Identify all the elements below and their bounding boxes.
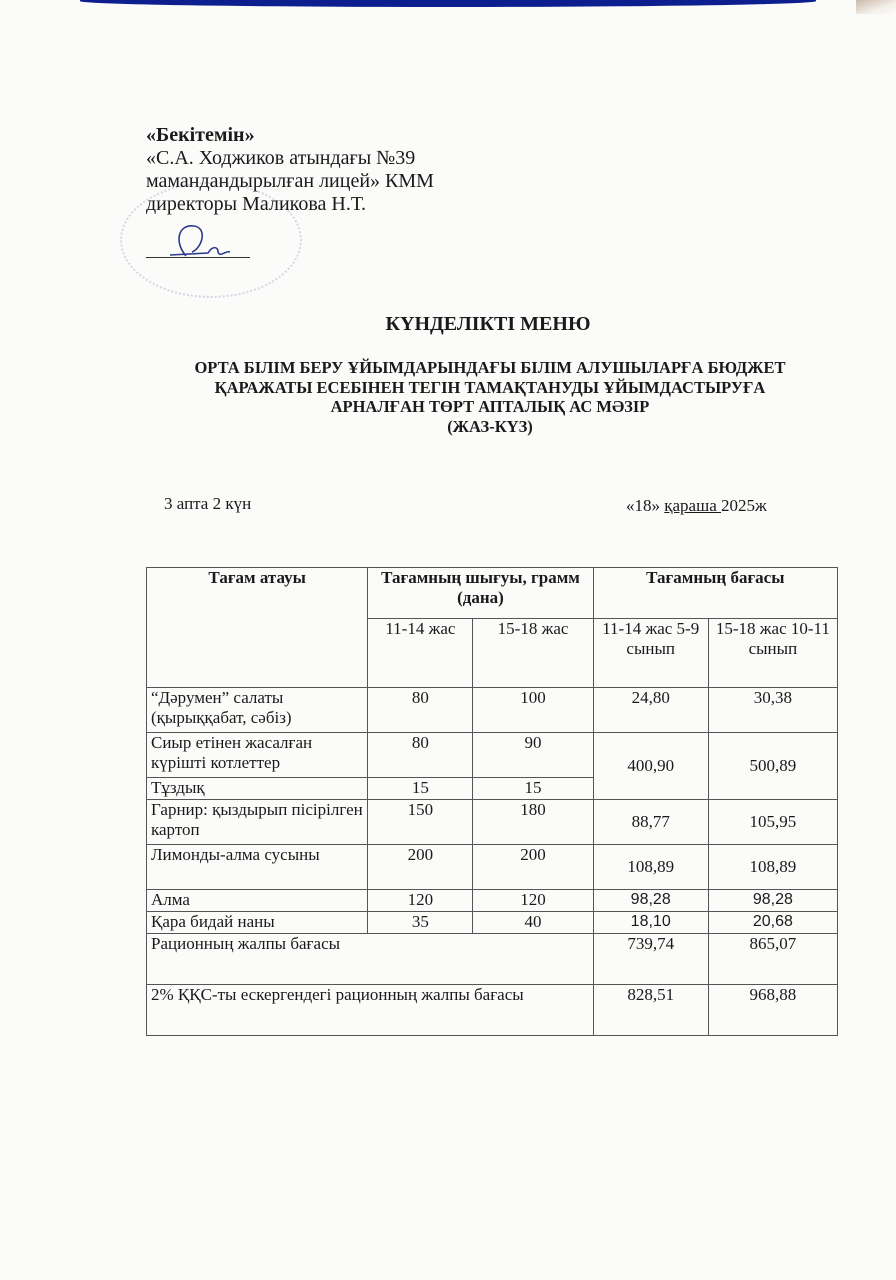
subheader-yield-15-18: 15-18 жас [473, 619, 593, 688]
binder-edge [80, 0, 816, 7]
yield-11-14: 120 [368, 890, 473, 912]
subheader-yield-11-14: 11-14 жас [368, 619, 473, 688]
approval-heading: «Бекітемін» [146, 124, 434, 147]
table-row: Сиыр етінен жасалған күрішті котлеттер 8… [147, 733, 838, 778]
document-subtitle: ОРТА БІЛІМ БЕРУ ҰЙЫМДАРЫНДАҒЫ БІЛІМ АЛУШ… [160, 358, 820, 436]
table-row: Қара бидай наны 35 40 18,10 20,68 [147, 912, 838, 934]
table-row: Алма 120 120 98,28 98,28 [147, 890, 838, 912]
table-row: “Дәрумен” салаты (қырыққабат, сәбіз) 80 … [147, 688, 838, 733]
approval-line: мамандандырылған лицей» КММ [146, 170, 434, 193]
total-price-11-14: 739,74 [593, 934, 708, 985]
yield-15-18: 120 [473, 890, 593, 912]
header-dish-name: Тағам атауы [147, 568, 368, 688]
dish-name: “Дәрумен” салаты (қырыққабат, сәбіз) [147, 688, 368, 733]
total-vat-row: 2% ҚҚС-ты ескергендегі рационның жалпы б… [147, 985, 838, 1036]
price-15-18: 30,38 [708, 688, 837, 733]
yield-15-18: 15 [473, 778, 593, 800]
total-row: Рационның жалпы бағасы 739,74 865,07 [147, 934, 838, 985]
price-15-18: 98,28 [708, 890, 837, 912]
header-yield: Тағамның шығуы, грамм (дана) [368, 568, 593, 619]
dish-name: Гарнир: қыздырып пісірілген картоп [147, 800, 368, 845]
dish-name: Тұздық [147, 778, 368, 800]
price-15-18: 108,89 [708, 845, 837, 890]
price-11-14: 18,10 [593, 912, 708, 934]
yield-11-14: 150 [368, 800, 473, 845]
document-title: КҮНДЕЛІКТІ МЕНЮ [0, 313, 896, 336]
yield-11-14: 80 [368, 733, 473, 778]
yield-11-14: 80 [368, 688, 473, 733]
date-month: қараша [664, 496, 721, 515]
price-11-14: 108,89 [593, 845, 708, 890]
yield-15-18: 90 [473, 733, 593, 778]
price-15-18: 105,95 [708, 800, 837, 845]
price-11-14: 98,28 [593, 890, 708, 912]
total-price-15-18: 865,07 [708, 934, 837, 985]
yield-15-18: 200 [473, 845, 593, 890]
page-corner [856, 0, 896, 14]
price-11-14: 88,77 [593, 800, 708, 845]
total-vat-price-15-18: 968,88 [708, 985, 837, 1036]
week-day: 3 апта 2 күн [164, 494, 251, 514]
dish-name: Қара бидай наны [147, 912, 368, 934]
price-11-14: 24,80 [593, 688, 708, 733]
subtitle-line: АРНАЛҒАН ТӨРТ АПТАЛЫҚ АС МӘЗІР [160, 397, 820, 417]
header-price: Тағамның бағасы [593, 568, 837, 619]
approval-line: «С.А. Ходжиков атындағы №39 [146, 147, 434, 170]
yield-15-18: 100 [473, 688, 593, 733]
menu-table: Тағам атауы Тағамның шығуы, грамм (дана)… [146, 567, 838, 1036]
price-11-14: 400,90 [593, 733, 708, 800]
total-vat-label: 2% ҚҚС-ты ескергендегі рационның жалпы б… [147, 985, 594, 1036]
dish-name: Алма [147, 890, 368, 912]
yield-11-14: 35 [368, 912, 473, 934]
menu-date: «18» қараша 2025ж [626, 496, 767, 516]
date-day: «18» [626, 496, 660, 515]
total-vat-price-11-14: 828,51 [593, 985, 708, 1036]
subtitle-line: (ЖАЗ-КҮЗ) [160, 417, 820, 437]
subtitle-line: ҚАРАЖАТЫ ЕСЕБІНЕН ТЕГІН ТАМАҚТАНУДЫ ҰЙЫМ… [160, 378, 820, 398]
header-row: Тағам атауы Тағамның шығуы, грамм (дана)… [147, 568, 838, 619]
yield-11-14: 200 [368, 845, 473, 890]
subheader-price-15-18: 15-18 жас 10-11 сынып [708, 619, 837, 688]
dish-name: Лимонды-алма сусыны [147, 845, 368, 890]
approval-line: директоры Маликова Н.Т. [146, 193, 434, 216]
yield-15-18: 180 [473, 800, 593, 845]
dish-name: Сиыр етінен жасалған күрішті котлеттер [147, 733, 368, 778]
total-label: Рационның жалпы бағасы [147, 934, 594, 985]
price-15-18: 500,89 [708, 733, 837, 800]
approval-block: «Бекітемін» «С.А. Ходжиков атындағы №39 … [146, 124, 434, 216]
date-year: 2025ж [721, 496, 767, 515]
yield-11-14: 15 [368, 778, 473, 800]
subheader-price-11-14: 11-14 жас 5-9 сынып [593, 619, 708, 688]
yield-15-18: 40 [473, 912, 593, 934]
table-row: Лимонды-алма сусыны 200 200 108,89 108,8… [147, 845, 838, 890]
signature [168, 222, 238, 260]
subtitle-line: ОРТА БІЛІМ БЕРУ ҰЙЫМДАРЫНДАҒЫ БІЛІМ АЛУШ… [160, 358, 820, 378]
table-row: Гарнир: қыздырып пісірілген картоп 150 1… [147, 800, 838, 845]
signature-line [146, 257, 250, 258]
price-15-18: 20,68 [708, 912, 837, 934]
